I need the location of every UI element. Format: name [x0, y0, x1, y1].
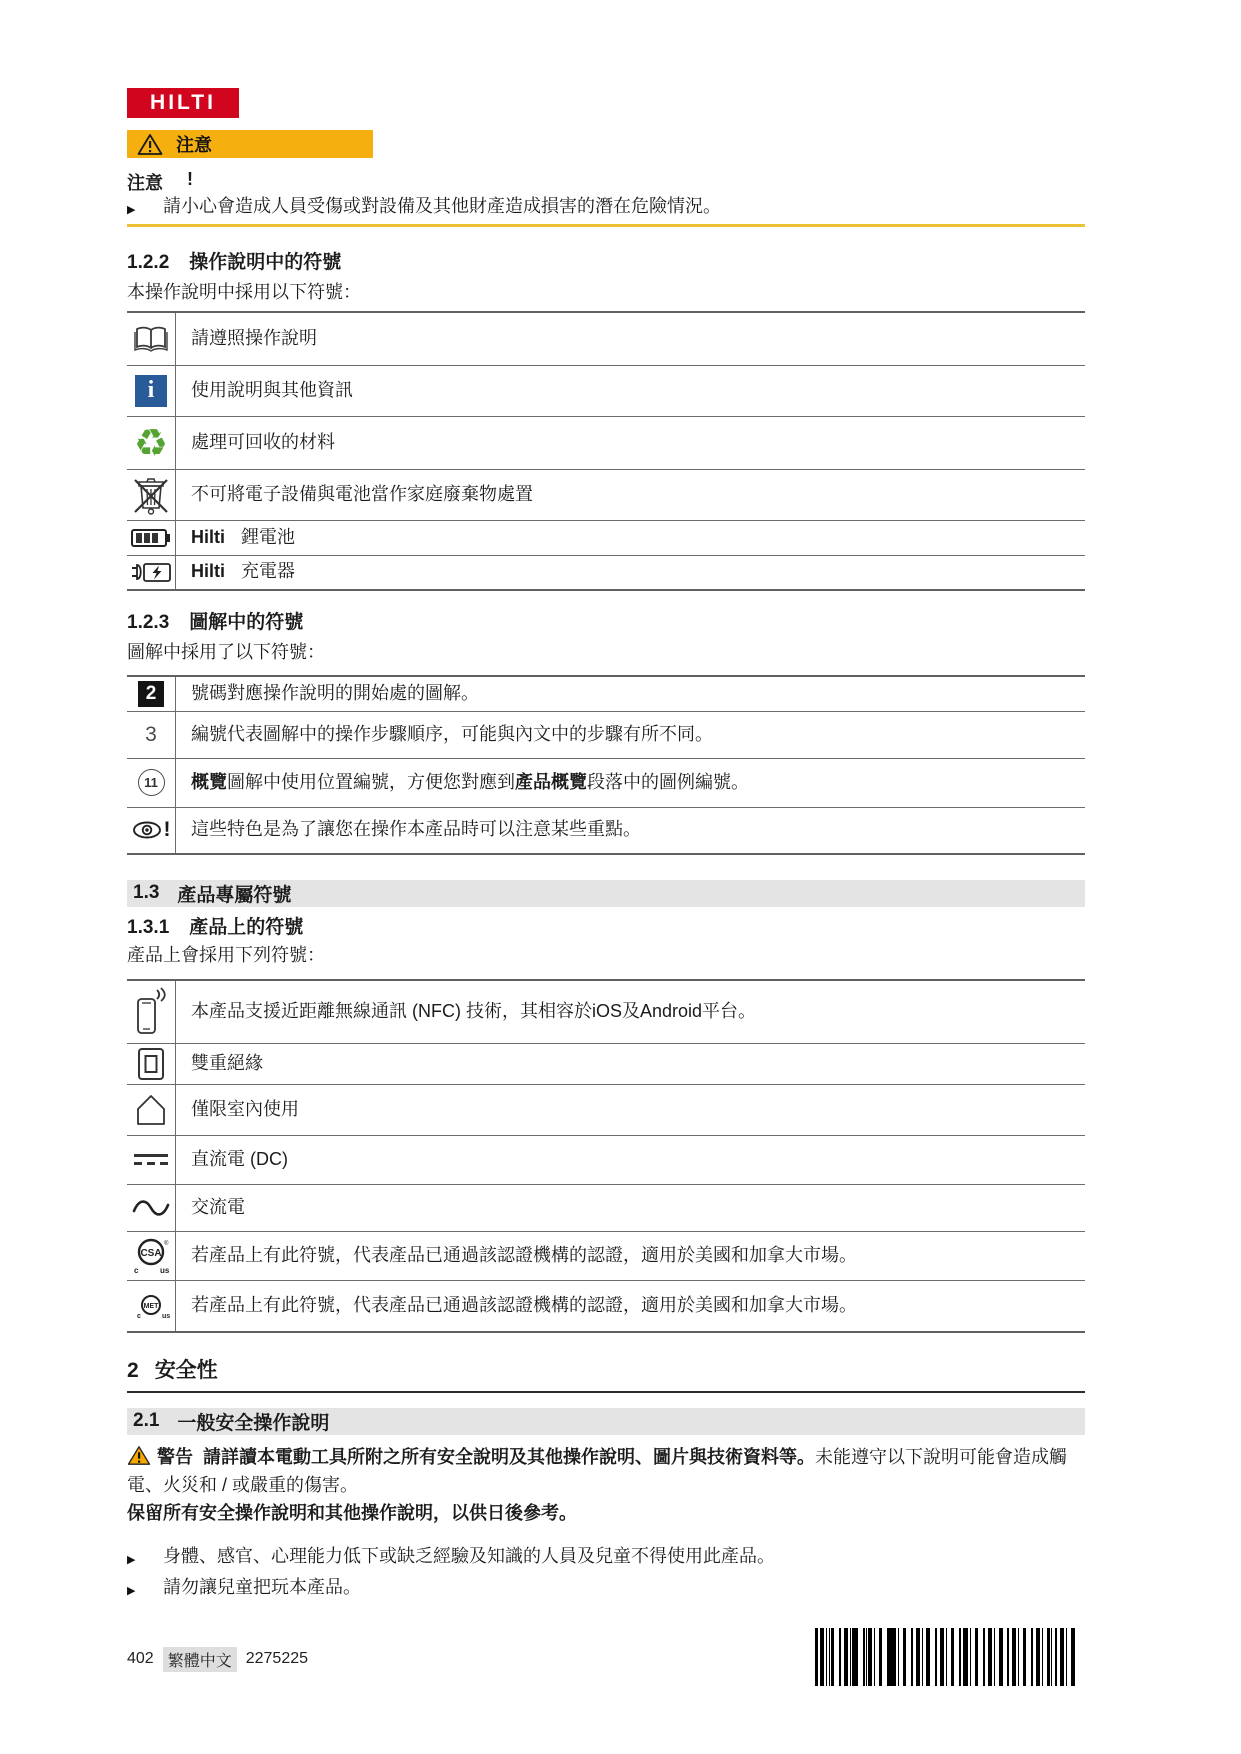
safety-bullet: ▶ 身體、感官、心理能力低下或缺乏經驗及知識的人員及兒童不得使用此產品。 [127, 1545, 1085, 1571]
section-1-2-3-intro: 圖解中採用了以下符號： [127, 641, 1085, 663]
warning-triangle-icon [137, 133, 163, 156]
table-row: ♻ 處理可回收的材料 [127, 417, 1085, 470]
symbol-description: 請遵照操作說明 [176, 313, 1085, 365]
direct-current-icon [134, 1154, 168, 1165]
numbered-black-square-icon: 2 [138, 681, 164, 707]
svg-text:us: us [160, 1266, 170, 1275]
warning-bold-text: 請詳讀本電動工具所附之所有安全說明及其他操作說明、圖片與技術資料等。 [203, 1447, 815, 1467]
caution-banner: 注意 [127, 130, 373, 158]
svg-text:c: c [134, 1266, 139, 1275]
section-1-2-2-intro: 本操作說明中採用以下符號： [127, 281, 1085, 303]
symbol-description: 不可將電子設備與電池當作家庭廢棄物處置 [176, 470, 1085, 520]
symbol-description: 充電器 [241, 560, 295, 583]
table-row: 3 編號代表圖解中的操作步驟順序，可能與內文中的步驟有所不同。 [127, 712, 1085, 759]
heading-2-safety: 2 安全性 [127, 1359, 1085, 1393]
symbol-description: 雙重絕緣 [176, 1044, 1085, 1084]
table-row: 11 概覽圖解中使用位置編號，方便您對應到產品概覽段落中的圖例編號。 [127, 759, 1085, 808]
symbol-description: 概覽圖解中使用位置編號，方便您對應到產品概覽段落中的圖例編號。 [191, 771, 749, 794]
svg-text:MET: MET [144, 1303, 160, 1310]
heading-1-2-2: 1.2.2 操作說明中的符號 [127, 251, 1085, 275]
open-book-icon [134, 325, 168, 353]
bullet-marker-icon: ▶ [127, 1545, 163, 1571]
manual-symbols-table: 請遵照操作說明 i 使用說明與其他資訊 ♻ 處理可回收的材料 [127, 311, 1085, 591]
warning-label: 警告 [157, 1447, 193, 1467]
symbol-description: 使用說明與其他資訊 [176, 366, 1085, 416]
symbol-description: 交流電 [176, 1185, 1085, 1231]
heading-number: 2.1 [133, 1410, 159, 1432]
barcode [815, 1628, 1075, 1686]
product-symbols-table: 本產品支援近距離無線通訊 (NFC) 技術，其相容於iOS及Android平台。… [127, 979, 1085, 1333]
indoor-use-house-icon [133, 1093, 169, 1127]
table-row: 交流電 [127, 1185, 1085, 1232]
symbol-description: 處理可回收的材料 [176, 417, 1085, 469]
table-row: 2 號碼對應操作說明的開始處的圖解。 [127, 677, 1085, 712]
nfc-phone-icon [133, 987, 169, 1037]
symbol-description: 本產品支援近距離無線通訊 (NFC) 技術，其相容於iOS及Android平台。 [176, 981, 1085, 1043]
heading-title: 操作說明中的符號 [189, 251, 341, 275]
language-label: 繁體中文 [163, 1647, 237, 1672]
heading-number: 1.2.3 [127, 611, 169, 635]
table-row: Hilti 鋰電池 [127, 521, 1085, 556]
section-1-3-1-intro: 產品上會採用下列符號： [127, 944, 1085, 966]
heading-1-3: 1.3 產品專屬符號 [127, 880, 1085, 907]
heading-2-1: 2.1 一般安全操作說明 [127, 1408, 1085, 1435]
heading-number: 1.2.2 [127, 251, 169, 275]
heading-number: 1.3 [133, 882, 159, 904]
document-number: 2275225 [246, 1650, 308, 1668]
battery-icon [131, 528, 171, 548]
bullet-marker-icon: ▶ [127, 1576, 163, 1602]
recycle-icon: ♻ [134, 424, 168, 462]
manual-page: HILTI 注意 注意 ! ▶ 請小心會造成人員受傷或對設備及其他財產造成損害的… [0, 0, 1241, 1754]
heading-title: 安全性 [155, 1359, 218, 1383]
page-content: HILTI 注意 注意 ! ▶ 請小心會造成人員受傷或對設備及其他財產造成損害的… [127, 0, 1085, 1672]
table-row: ! 這些特色是為了讓您在操作本產品時可以注意某些重點。 [127, 808, 1085, 853]
symbol-description: 鋰電池 [241, 526, 295, 549]
weee-crossed-bin-icon [133, 474, 169, 516]
alternating-current-icon [131, 1197, 171, 1219]
caution-divider [127, 224, 1085, 227]
caution-bullet: ▶ 請小心會造成人員受傷或對設備及其他財產造成損害的潛在危險情況。 [127, 195, 1085, 221]
info-icon: i [135, 375, 167, 407]
page-number: 402 [127, 1650, 154, 1668]
caution-title: 注意 ! [127, 169, 1085, 191]
met-certification-icon: MET c us [129, 1291, 173, 1321]
heading-number: 2 [127, 1359, 139, 1383]
general-safety-warning: 警告請詳讀本電動工具所附之所有安全說明及其他操作說明、圖片與技術資料等。未能遵守… [127, 1443, 1085, 1499]
heading-1-3-1: 1.3.1 產品上的符號 [127, 916, 1085, 940]
symbol-description: 這些特色是為了讓您在操作本產品時可以注意某些重點。 [176, 808, 1085, 853]
table-row: 請遵照操作說明 [127, 313, 1085, 366]
table-row: 僅限室內使用 [127, 1085, 1085, 1136]
step-number: 3 [145, 723, 157, 747]
safety-bullet-text: 身體、感官、心理能力低下或缺乏經驗及知識的人員及兒童不得使用此產品。 [163, 1545, 775, 1571]
symbol-description: 編號代表圖解中的操作步驟順序，可能與內文中的步驟有所不同。 [176, 712, 1085, 758]
illustration-symbols-table: 2 號碼對應操作說明的開始處的圖解。 3 編號代表圖解中的操作步驟順序，可能與內… [127, 675, 1085, 855]
table-row: 雙重絕緣 [127, 1044, 1085, 1085]
bullet-marker-icon: ▶ [127, 195, 163, 221]
symbol-description: 號碼對應操作說明的開始處的圖解。 [176, 677, 1085, 711]
csa-certification-icon: CSA ® c us [130, 1236, 172, 1276]
charger-icon [130, 560, 172, 584]
hilti-brand-word: Hilti [191, 526, 225, 549]
symbol-description: 僅限室內使用 [176, 1085, 1085, 1135]
svg-text:®: ® [164, 1240, 169, 1247]
safety-bullet: ▶ 請勿讓兒童把玩本產品。 [127, 1576, 1085, 1602]
keep-instructions-line: 保留所有安全操作說明和其他操作說明，以供日後參考。 [127, 1501, 1085, 1525]
table-row: 直流電 (DC) [127, 1136, 1085, 1185]
hilti-logo: HILTI [127, 88, 239, 118]
svg-text:us: us [162, 1313, 170, 1320]
svg-text:CSA: CSA [140, 1248, 161, 1259]
table-row: i 使用說明與其他資訊 [127, 366, 1085, 417]
safety-bullet-text: 請勿讓兒童把玩本產品。 [163, 1576, 361, 1602]
symbol-description: 若產品上有此符號，代表產品已通過該認證機構的認證，適用於美國和加拿大市場。 [176, 1232, 1085, 1280]
hilti-logo-text: HILTI [150, 91, 216, 115]
table-row: MET c us 若產品上有此符號，代表產品已通過該認證機構的認證，適用於美國和… [127, 1281, 1085, 1331]
heading-1-2-3: 1.2.3 圖解中的符號 [127, 611, 1085, 635]
caution-title-mark: ! [187, 169, 193, 191]
warning-triangle-filled-icon [127, 1445, 151, 1466]
table-row: 本產品支援近距離無線通訊 (NFC) 技術，其相容於iOS及Android平台。 [127, 981, 1085, 1044]
heading-title: 一般安全操作說明 [177, 1408, 329, 1435]
hilti-brand-word: Hilti [191, 560, 225, 583]
heading-title: 產品上的符號 [189, 916, 303, 940]
table-row: CSA ® c us 若產品上有此符號，代表產品已通過該認證機構的認證，適用於美… [127, 1232, 1085, 1281]
eye-attention-icon [132, 819, 162, 841]
caution-bullet-text: 請小心會造成人員受傷或對設備及其他財產造成損害的潛在危險情況。 [163, 195, 721, 221]
caution-banner-label: 注意 [176, 131, 212, 157]
double-insulation-icon [137, 1047, 165, 1081]
heading-title: 產品專屬符號 [177, 880, 291, 907]
symbol-description: 若產品上有此符號，代表產品已通過該認證機構的認證，適用於美國和加拿大市場。 [176, 1281, 1085, 1331]
heading-title: 圖解中的符號 [189, 611, 303, 635]
heading-number: 1.3.1 [127, 916, 169, 940]
table-row: 不可將電子設備與電池當作家庭廢棄物處置 [127, 470, 1085, 521]
circled-number-icon: 11 [138, 769, 165, 796]
symbol-description: 直流電 (DC) [176, 1136, 1085, 1184]
attention-mark: ! [164, 818, 171, 842]
caution-title-label: 注意 [127, 169, 163, 191]
table-row: Hilti 充電器 [127, 556, 1085, 589]
svg-text:c: c [137, 1313, 141, 1320]
